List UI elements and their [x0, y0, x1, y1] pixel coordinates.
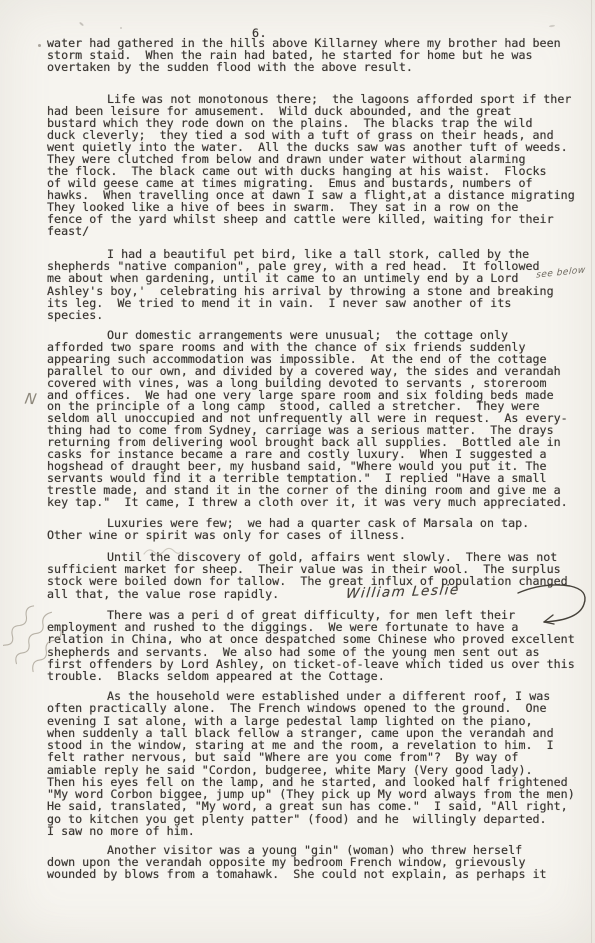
typed-paragraph-gold: Until the discovery of gold, affairs wen… [47, 551, 595, 600]
curved-arrow-annotation [514, 581, 595, 633]
stray-ink-dot [38, 44, 41, 47]
typed-paragraph-lagoons: Life was not monotonous there; the lagoo… [47, 93, 595, 237]
handwritten-margin-letter: N [23, 390, 37, 409]
typed-paragraph-diggings: There was a peri d of great difficulty, … [47, 609, 595, 682]
typed-paragraph-luxuries: Luxuries were few; we had a quarter cask… [47, 517, 595, 541]
typed-paragraph-domestic: Our domestic arrangements were unusual; … [47, 330, 595, 509]
typed-paragraph-pet-bird: I had a beautiful pet bird, like a tall … [47, 248, 595, 321]
stray-scan-mark [549, 25, 555, 28]
pencil-smudge-mark [141, 544, 183, 560]
typed-paragraph-continuation: water had gathered in the hills above Ki… [47, 37, 595, 74]
typed-paragraph-gin: Another visitor was a young "gin" (woman… [47, 844, 595, 881]
typed-paragraph-visitor: As the household were established under … [47, 690, 595, 837]
stray-pencil-tick [79, 22, 84, 27]
margin-pencil-scribble [3, 570, 67, 700]
stray-scan-dot [120, 27, 122, 29]
scanned-typescript-page: 6. water had gathered in the hills above… [0, 0, 595, 943]
